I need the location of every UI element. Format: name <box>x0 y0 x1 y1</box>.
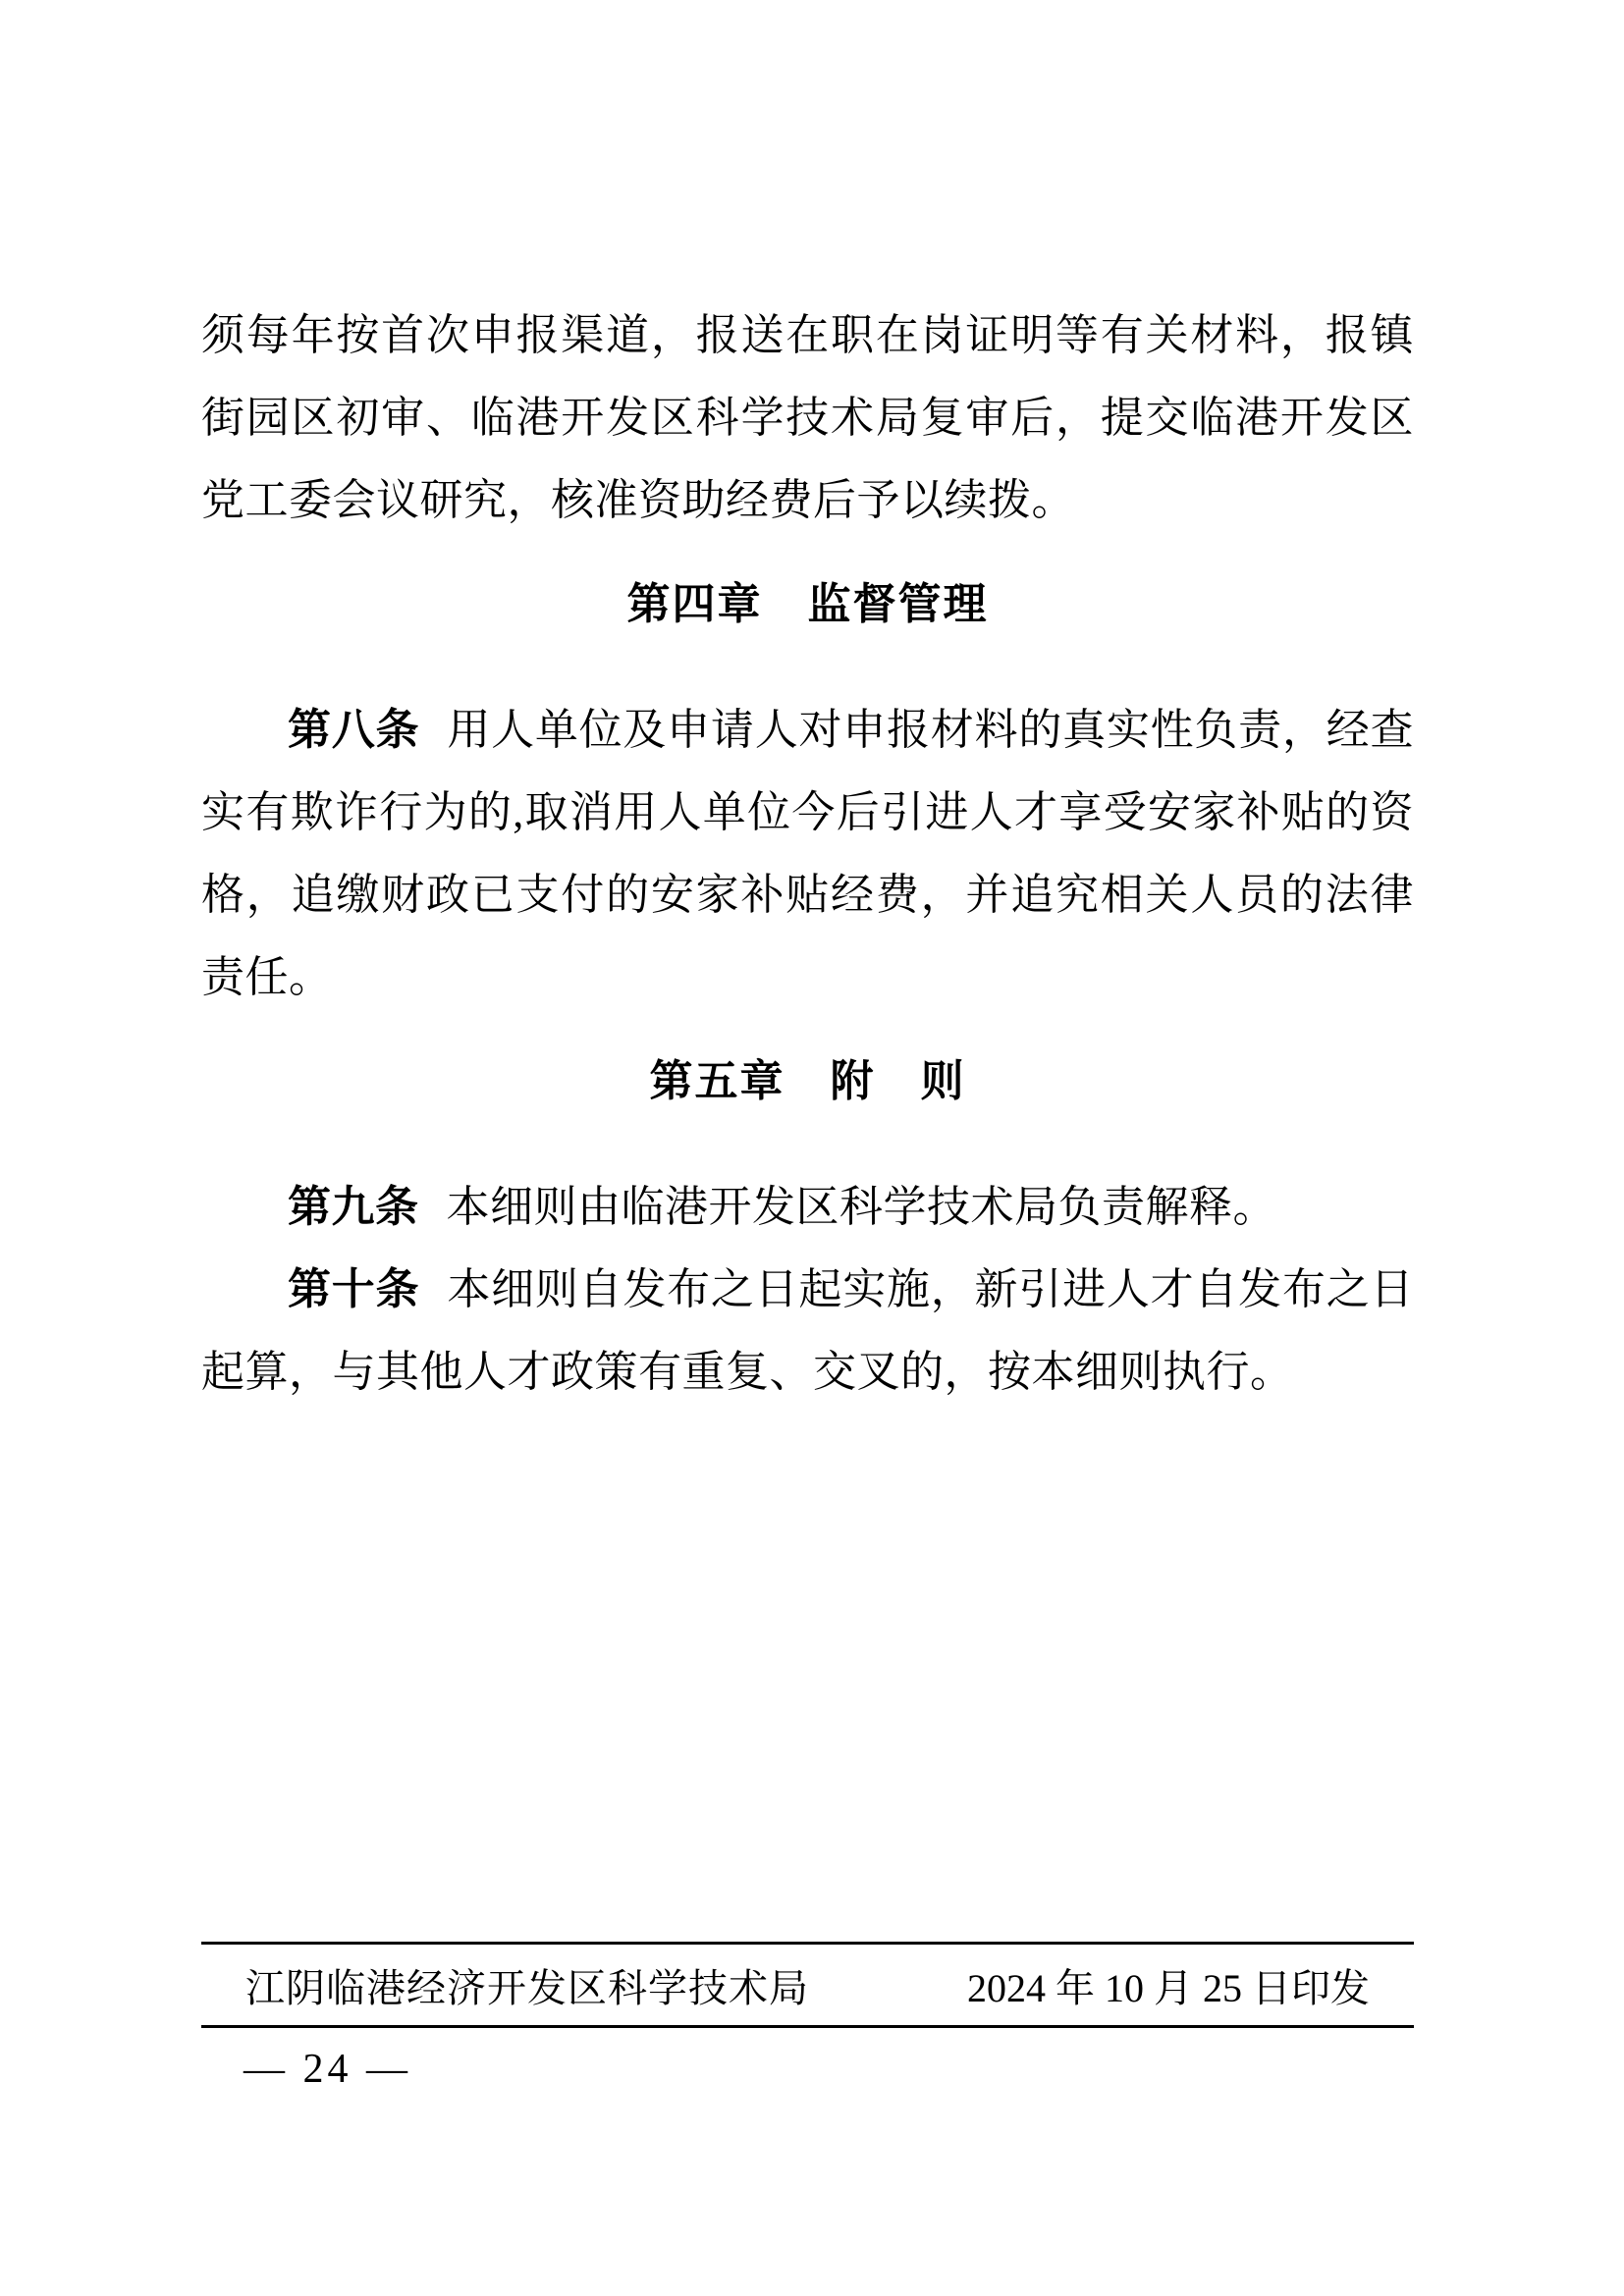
colophon-bar: 江阴临港经济开发区科学技术局 2024 年 10 月 25 日印发 <box>201 1942 1414 2028</box>
article-10-label: 第十条 <box>288 1265 419 1313</box>
chapter-5-heading: 第五章 附 则 <box>201 1041 1414 1123</box>
document-page: 须每年按首次申报渠道，报送在职在岗证明等有关材料，报镇街园区初审、临港开发区科学… <box>0 0 1624 2296</box>
article-9-text: 本细则由临港开发区科学技术局负责解释。 <box>447 1183 1277 1231</box>
article-10-paragraph: 第十条本细则自发布之日起实施，新引进人才自发布之日起算，与其他人才政策有重复、交… <box>201 1249 1414 1414</box>
article-9-label: 第九条 <box>288 1183 419 1231</box>
document-body: 须每年按首次申报渠道，报送在职在岗证明等有关材料，报镇街园区初审、临港开发区科学… <box>201 294 1414 1414</box>
continuation-paragraph: 须每年按首次申报渠道，报送在职在岗证明等有关材料，报镇街园区初审、临港开发区科学… <box>201 294 1414 542</box>
chapter-4-heading: 第四章 监督管理 <box>201 563 1414 646</box>
page-number: — 24 — <box>244 2046 411 2093</box>
print-date: 2024 年 10 月 25 日印发 <box>967 1957 1370 2013</box>
article-9-paragraph: 第九条本细则由临港开发区科学技术局负责解释。 <box>201 1166 1414 1249</box>
article-8-paragraph: 第八条用人单位及申请人对申报材料的真实性负责，经查实有欺诈行为的,取消用人单位今… <box>201 689 1414 1019</box>
article-8-label: 第八条 <box>288 706 419 754</box>
issuing-office: 江阴临港经济开发区科学技术局 <box>245 1957 809 2013</box>
